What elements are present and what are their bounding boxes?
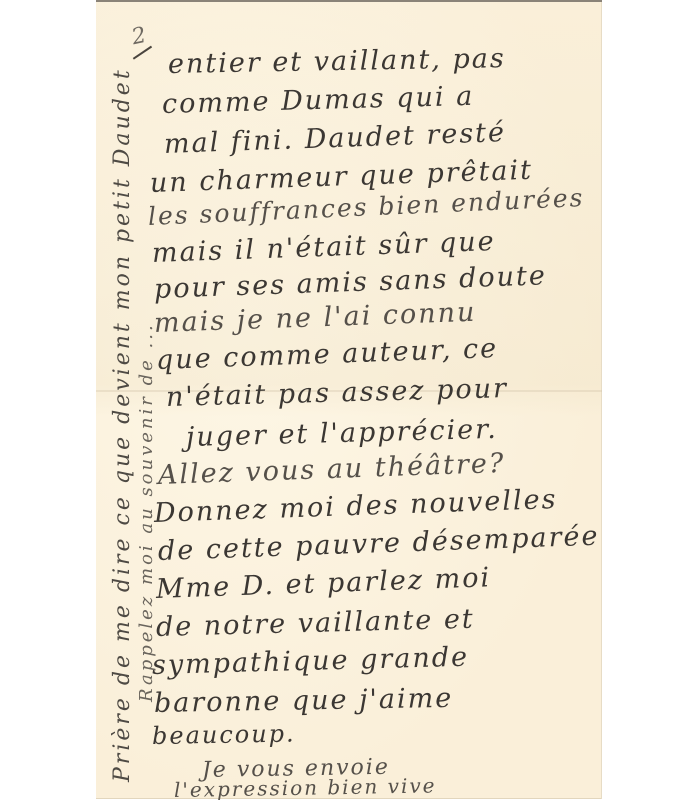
closing-line: l'expression bien vive <box>174 773 437 800</box>
letter-line: sympathique grande <box>152 642 470 681</box>
letter-page: 2 entier et vaillant, pas comme Dumas qu… <box>96 0 602 799</box>
page-number: 2 <box>130 23 149 50</box>
letter-line: Donnez moi des nouvelles <box>153 484 557 529</box>
letter-line: comme Dumas qui a <box>162 81 475 120</box>
letter-line: de cette pauvre désemparée <box>157 521 599 567</box>
letter-line: baronne que j'aime <box>154 683 454 719</box>
letter-line: beaucoup. <box>152 719 296 750</box>
letter-line: mais il n'était sûr que <box>151 226 496 269</box>
letter-line: de notre vaillante et <box>156 604 475 643</box>
margin-note-line: Prière de me dire ce que devient mon pet… <box>110 67 135 782</box>
letter-line: Allez vous au théâtre? <box>157 448 505 491</box>
letter-line: pour ses amis sans doute <box>153 260 547 305</box>
letter-line: que comme auteur, ce <box>155 333 498 376</box>
letter-line: mal fini. Daudet resté <box>163 117 506 160</box>
letter-line: Mme D. et parlez moi <box>155 562 491 605</box>
letter-line: juger et l'apprécier. <box>186 414 499 453</box>
margin-note-line: Rappelez moi au souvenir de ... <box>136 322 157 702</box>
letter-line: n'était pas assez pour <box>166 373 509 413</box>
letter-line: entier et vaillant, pas <box>168 43 506 80</box>
